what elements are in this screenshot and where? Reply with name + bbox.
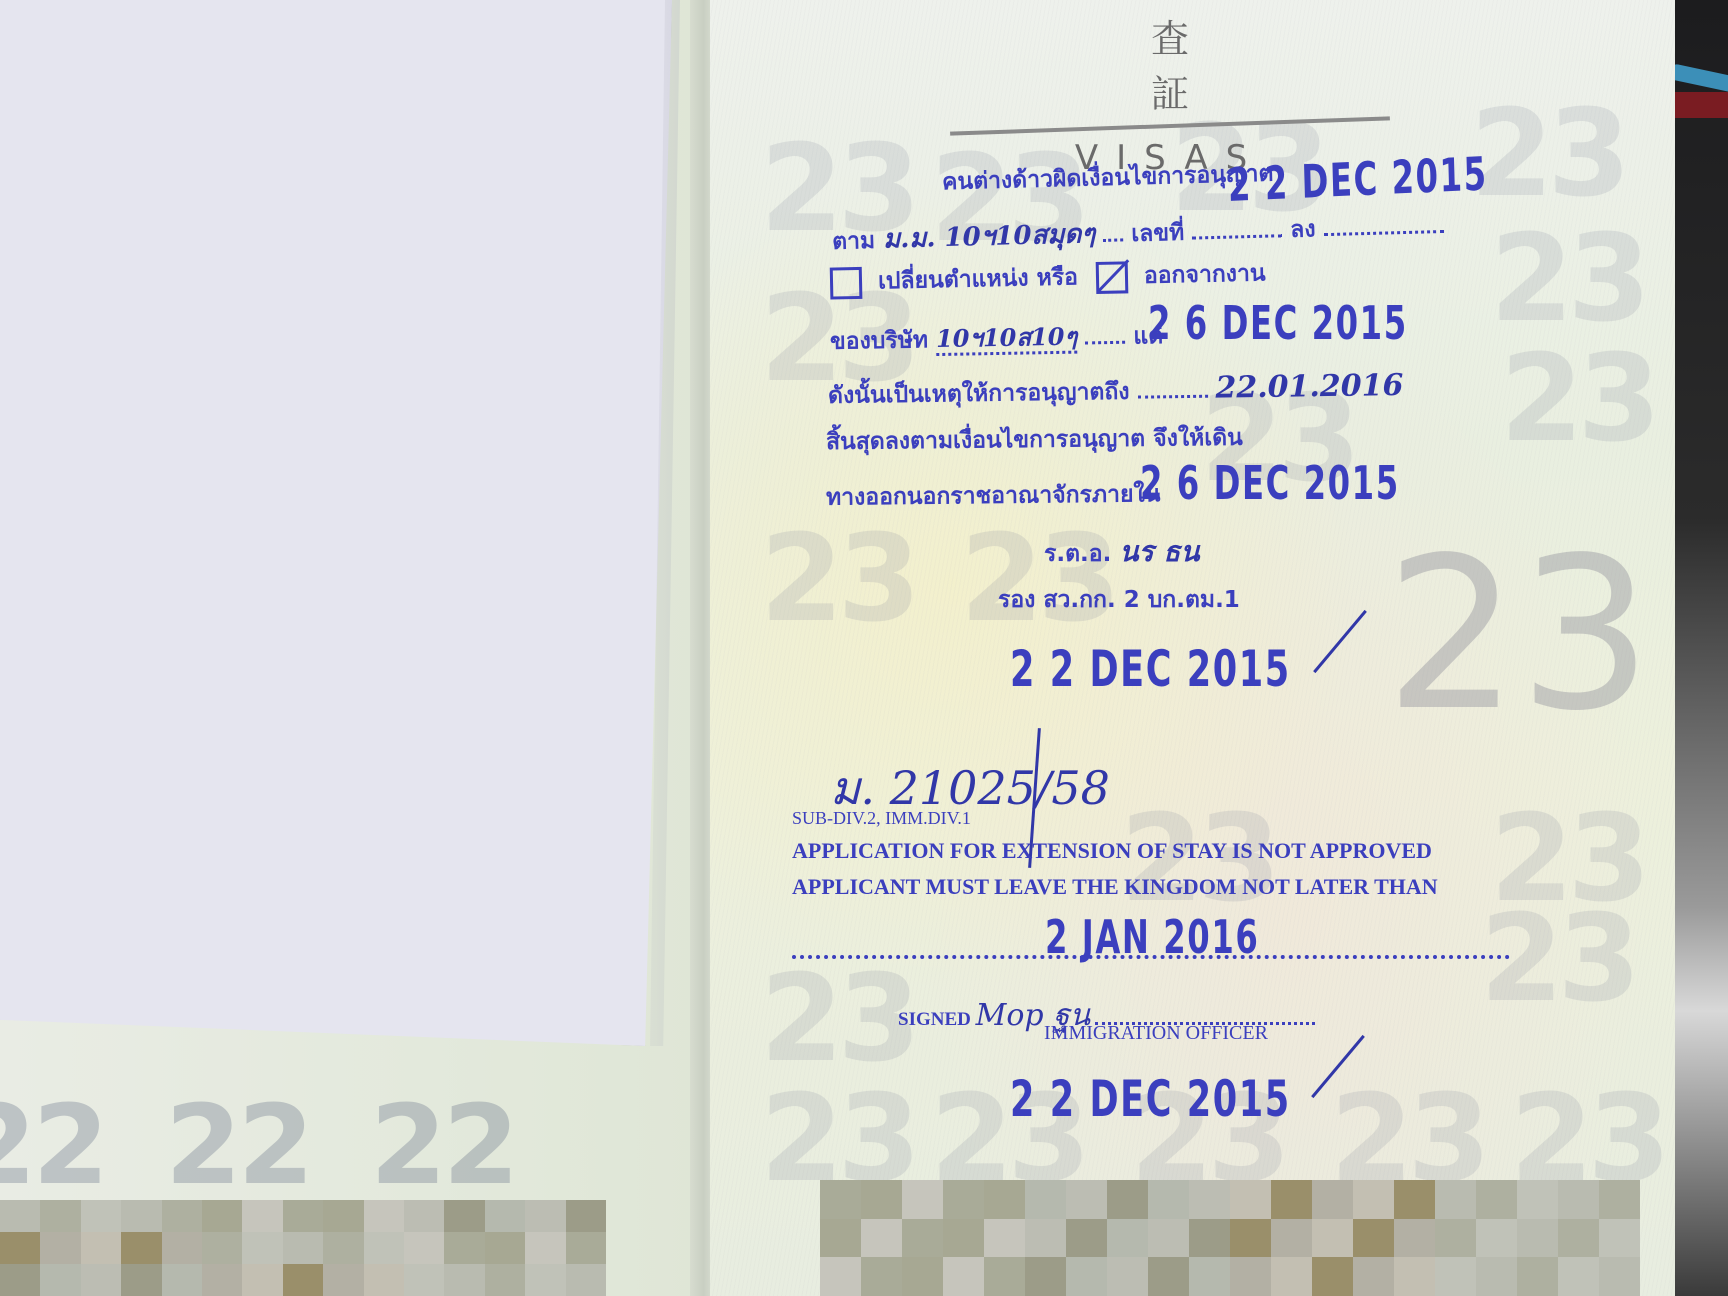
redaction-tile	[121, 1264, 161, 1296]
redaction-tile	[40, 1200, 80, 1232]
redaction-tile	[162, 1232, 202, 1264]
english-stamp-date: 2 2 DEC 2015	[1010, 1070, 1291, 1128]
watermark-number: 22	[165, 1090, 310, 1210]
redacted-area-right	[820, 1180, 1640, 1296]
redaction-tile	[1312, 1257, 1353, 1296]
thai-stamp-line6: สิ้นสุดลงตามเงื่อนไขการอนุญาต จึงให้เดิน	[826, 420, 1243, 460]
redaction-tile	[1148, 1180, 1189, 1219]
page-number-watermark: 23	[1385, 530, 1652, 740]
redaction-tile	[984, 1219, 1025, 1258]
redaction-tile	[283, 1200, 323, 1232]
redaction-tile	[202, 1264, 242, 1296]
redaction-tile	[984, 1180, 1025, 1219]
redaction-tile	[202, 1200, 242, 1232]
watermark-number: 23	[1490, 220, 1645, 340]
redaction-tile	[1476, 1180, 1517, 1219]
redaction-tile	[1271, 1180, 1312, 1219]
redaction-tile	[404, 1264, 444, 1296]
redaction-tile	[404, 1232, 444, 1264]
redaction-tile	[902, 1219, 943, 1258]
redaction-tile	[444, 1232, 484, 1264]
redaction-tile	[820, 1257, 861, 1296]
redaction-tile	[323, 1264, 363, 1296]
redaction-tile	[121, 1200, 161, 1232]
redaction-tile	[861, 1257, 902, 1296]
redaction-tile	[1025, 1219, 1066, 1258]
redaction-tile	[1558, 1219, 1599, 1258]
redaction-tile	[1476, 1257, 1517, 1296]
handwritten-order-number: ม.ม. 10ฯ10สมุดๆ	[883, 219, 1096, 255]
redaction-tile	[1517, 1257, 1558, 1296]
officer-rank-line: ร.ต.อ. นร ธน	[1044, 530, 1200, 574]
redaction-tile	[444, 1264, 484, 1296]
dotted-line	[1324, 230, 1444, 236]
redaction-tile	[1066, 1257, 1107, 1296]
redaction-tile	[525, 1232, 565, 1264]
redaction-tile	[861, 1219, 902, 1258]
watermark-number: 22	[370, 1090, 515, 1210]
watermark-number: 22	[0, 1090, 105, 1210]
dotted-line	[1085, 341, 1125, 345]
redaction-tile	[323, 1232, 363, 1264]
officer-title: รอง สว.กก. 2 บก.ตม.1	[998, 582, 1240, 618]
redaction-tile	[0, 1264, 40, 1296]
redaction-tile	[566, 1232, 606, 1264]
watermark-number: 23	[760, 520, 915, 640]
redaction-tile	[404, 1200, 444, 1232]
redaction-tile	[902, 1180, 943, 1219]
watermark-number: 23	[760, 960, 915, 1080]
left-page-watermarks: 22 22 22	[0, 1090, 706, 1210]
covering-paper-sheet	[0, 0, 672, 1046]
not-approved-line: APPLICATION FOR EXTENSION OF STAY IS NOT…	[792, 838, 1432, 864]
division-label: SUB-DIV.2, IMM.DIV.1	[792, 808, 971, 829]
redaction-tile	[485, 1200, 525, 1232]
redaction-tile	[566, 1264, 606, 1296]
dotted-line	[1192, 234, 1282, 239]
redaction-tile	[861, 1180, 902, 1219]
company-label: ของบริษัท	[830, 327, 928, 355]
watermark-number: 23	[1490, 800, 1645, 920]
immigration-officer-label: IMMIGRATION OFFICER	[1044, 1022, 1268, 1045]
redaction-tile	[1312, 1219, 1353, 1258]
thai-stamp-date: 2 2 DEC 2015	[1010, 640, 1291, 698]
leave-kingdom-text: ทางออกนอกราชอาณาจักรภายใน	[826, 481, 1161, 511]
redaction-tile	[1148, 1257, 1189, 1296]
redaction-tile	[202, 1232, 242, 1264]
thai-stamp-line5: ดังนั้นเป็นเหตุให้การอนุญาตถึง 22.01.201…	[828, 368, 1404, 414]
redaction-tile	[1230, 1257, 1271, 1296]
redaction-tile	[1394, 1257, 1435, 1296]
redaction-tile	[1230, 1180, 1271, 1219]
redaction-tile	[1189, 1219, 1230, 1258]
redaction-tile	[525, 1264, 565, 1296]
date-label: ลง	[1290, 216, 1316, 243]
redaction-tile	[485, 1264, 525, 1296]
redaction-tile	[820, 1180, 861, 1219]
redaction-tile	[1353, 1219, 1394, 1258]
redaction-tile	[1189, 1257, 1230, 1296]
redaction-tile	[1476, 1219, 1517, 1258]
redaction-tile	[1271, 1257, 1312, 1296]
redaction-tile	[1394, 1180, 1435, 1219]
checkbox-label-change-position: เปลี่ยนตำแหน่ง	[878, 265, 1029, 294]
officer-handwritten-signature: นร ธน	[1119, 535, 1199, 568]
deadline-dotted-line	[792, 955, 1510, 959]
checkbox-label-left-job: ออกจากงาน	[1144, 260, 1266, 289]
redaction-tile	[1025, 1180, 1066, 1219]
redaction-tile	[40, 1264, 80, 1296]
watermark-number: 23	[1500, 340, 1655, 460]
redaction-tile	[1435, 1180, 1476, 1219]
or-label: หรือ	[1036, 264, 1078, 291]
thai-stamp-leave-date: 2 6 DEC 2015	[1140, 456, 1400, 510]
redaction-tile	[162, 1264, 202, 1296]
redaction-tile	[1517, 1219, 1558, 1258]
redaction-tile	[1435, 1219, 1476, 1258]
redaction-tile	[1066, 1180, 1107, 1219]
redaction-tile	[242, 1232, 282, 1264]
handwritten-company: 10ฯ10ส10ๆ	[936, 322, 1078, 356]
header-divider	[950, 116, 1390, 135]
redaction-tile	[364, 1264, 404, 1296]
redaction-tile	[121, 1232, 161, 1264]
redaction-tile	[1107, 1219, 1148, 1258]
redaction-tile	[283, 1232, 323, 1264]
redaction-tile	[1435, 1257, 1476, 1296]
redaction-tile	[364, 1200, 404, 1232]
watermark-number: 23	[1470, 95, 1625, 215]
redaction-tile	[81, 1264, 121, 1296]
redaction-tile	[0, 1232, 40, 1264]
redaction-tile	[364, 1232, 404, 1264]
redaction-tile	[943, 1180, 984, 1219]
dotted-line	[1138, 395, 1208, 399]
redaction-tile	[0, 1200, 40, 1232]
redaction-tile	[242, 1200, 282, 1232]
redaction-tile	[1271, 1219, 1312, 1258]
redaction-tile	[1558, 1257, 1599, 1296]
redaction-tile	[1107, 1180, 1148, 1219]
officer-rank: ร.ต.อ.	[1044, 541, 1111, 567]
redaction-tile	[40, 1232, 80, 1264]
redaction-tile	[1394, 1219, 1435, 1258]
redaction-tile	[283, 1264, 323, 1296]
must-leave-line: APPLICANT MUST LEAVE THE KINGDOM NOT LAT…	[792, 874, 1438, 900]
dotted-line	[1103, 238, 1123, 242]
redaction-tile	[1025, 1257, 1066, 1296]
redaction-tile	[566, 1200, 606, 1232]
redaction-tile	[943, 1219, 984, 1258]
redaction-tile	[81, 1232, 121, 1264]
handwritten-until-date: 22.01.2016	[1215, 368, 1403, 406]
redaction-tile	[162, 1200, 202, 1232]
signed-label: SIGNED	[898, 1009, 971, 1030]
redaction-tile	[1353, 1257, 1394, 1296]
redaction-tile	[1107, 1257, 1148, 1296]
checkbox-left-job	[1096, 261, 1129, 294]
thai-stamp-line4: ของบริษัท 10ฯ10ส10ๆ แต่	[830, 315, 1164, 360]
redaction-tile	[1189, 1180, 1230, 1219]
redaction-tile	[1353, 1180, 1394, 1219]
redaction-tile	[485, 1232, 525, 1264]
redaction-tile	[1148, 1219, 1189, 1258]
redaction-tile	[1599, 1219, 1640, 1258]
number-label: เลขที่	[1131, 220, 1185, 247]
visa-page-header: 査証 VISAS	[950, 8, 1390, 178]
redaction-tile	[943, 1257, 984, 1296]
redaction-tile	[525, 1200, 565, 1232]
redaction-tile	[444, 1200, 484, 1232]
line2-prefix: ตาม	[832, 228, 876, 255]
redaction-tile	[1599, 1257, 1640, 1296]
redaction-tile	[323, 1200, 363, 1232]
thai-stamp-line7: ทางออกนอกราชอาณาจักรภายใน	[826, 476, 1161, 516]
redaction-tile	[1066, 1219, 1107, 1258]
permission-until-text: ดังนั้นเป็นเหตุให้การอนุญาตถึง	[828, 379, 1130, 409]
visa-kanji: 査証	[950, 8, 1390, 118]
redaction-tile	[902, 1257, 943, 1296]
redaction-tile	[1312, 1180, 1353, 1219]
redaction-tile	[1230, 1219, 1271, 1258]
redaction-tile	[1599, 1180, 1640, 1219]
redaction-tile	[984, 1257, 1025, 1296]
redacted-area-left	[0, 1200, 606, 1296]
redaction-tile	[1558, 1180, 1599, 1219]
thai-stamp-since-date: 2 6 DEC 2015	[1148, 296, 1408, 350]
redaction-tile	[242, 1264, 282, 1296]
checkbox-change-position	[830, 266, 863, 299]
redaction-tile	[81, 1200, 121, 1232]
background-object	[1672, 92, 1728, 118]
redaction-tile	[820, 1219, 861, 1258]
redaction-tile	[1517, 1180, 1558, 1219]
